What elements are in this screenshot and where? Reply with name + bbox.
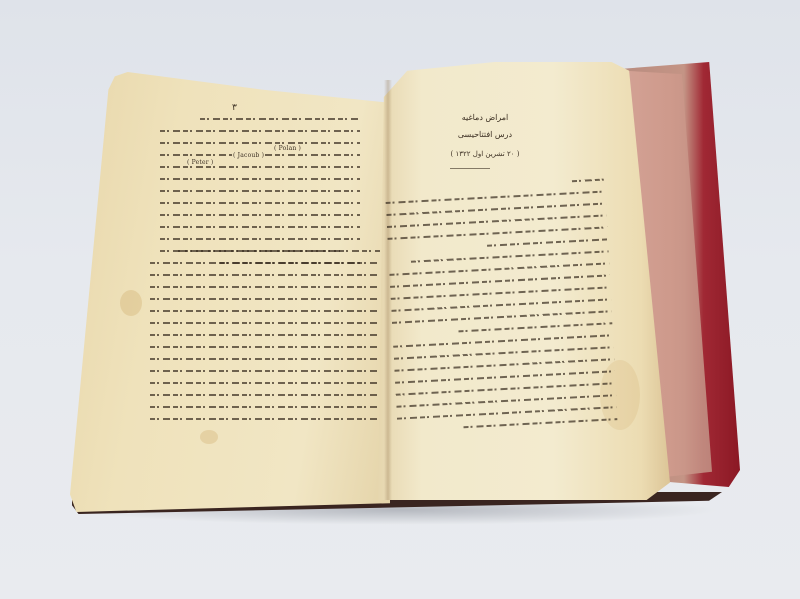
- paper-stain: [200, 430, 218, 444]
- latin-word: ( Jacoub ): [232, 152, 265, 159]
- latin-word: ( Peter ): [186, 159, 214, 166]
- chapter-heading: ﺍﻣﺮﺍﺽ ﺩﻣﺎﻏﻴﻪ: [440, 113, 530, 122]
- date-line: ( ٢٠ ﺗﺸﺮﻳﻦ ﺍﻭﻝ ١٣٢٢ ): [430, 150, 540, 158]
- paper-stain: [120, 290, 142, 316]
- latin-word: ( Polan ): [273, 145, 302, 152]
- chapter-subheading: ﺩﺭﺱ ﺍﻓﺘﺘﺎﺣﻴﺴﻰ: [440, 130, 530, 139]
- left-page-text-bottom: [150, 250, 380, 430]
- book-photo: ٣ ( Polan ) ( Jacoub ) ( Peter ) ﺍﻣﺮﺍﺽ ﺩ…: [0, 0, 800, 599]
- heading-ornament: [450, 168, 490, 169]
- page-number: ٣: [232, 103, 237, 113]
- right-page-text: [385, 178, 618, 441]
